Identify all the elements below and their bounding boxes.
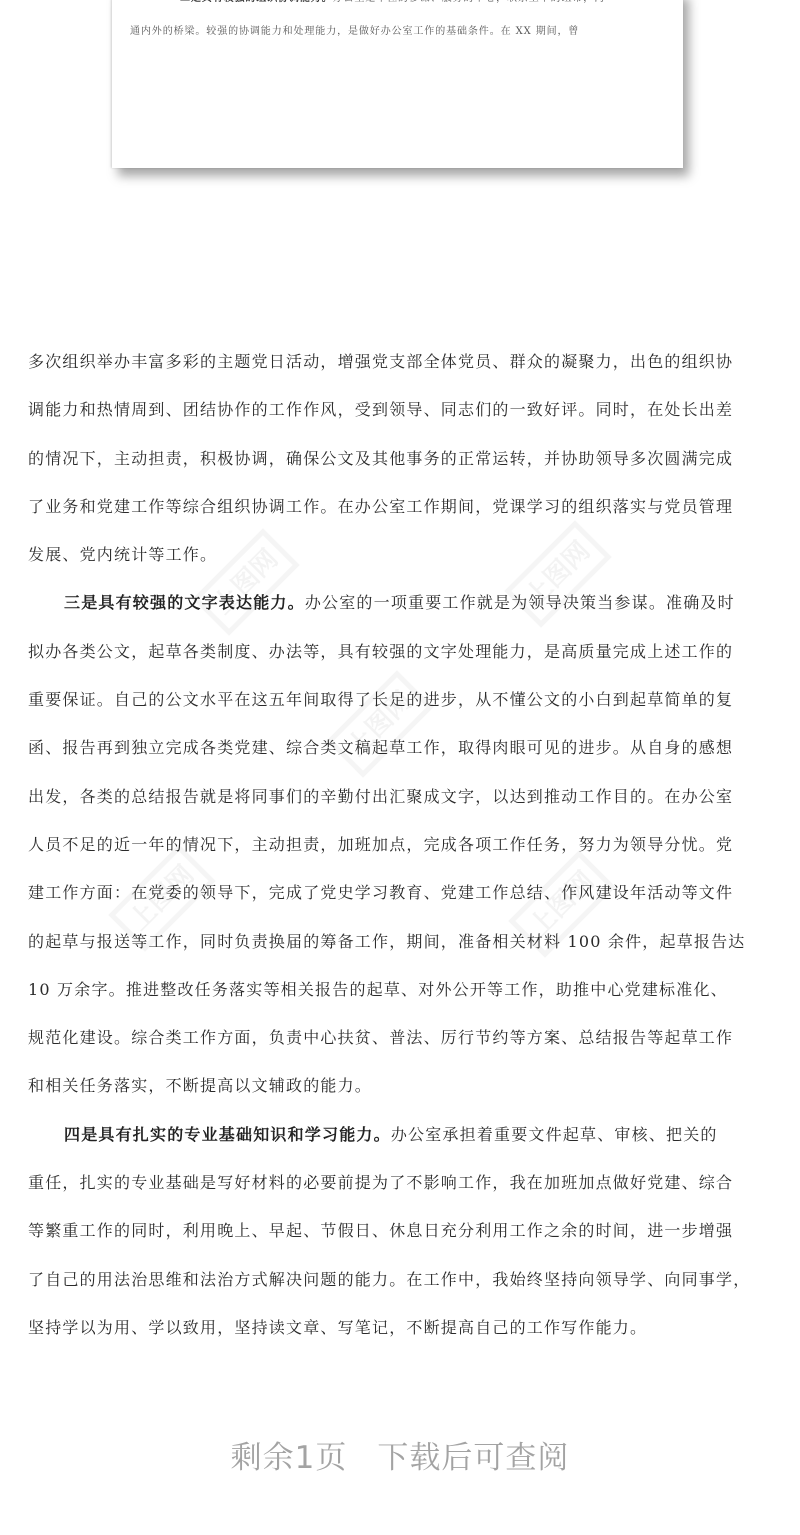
download-prompt[interactable]: 剩余1页下载后可查阅 <box>0 1432 800 1477</box>
preview-line-2: 通内外的桥梁。较强的协调能力和处理能力，是做好办公室工作的基础条件。在 XX 期… <box>130 25 665 39</box>
preview-line-1-rest: 办公室是单位的参谋、服务的中心，联系上下的纽带，沟 <box>333 0 606 4</box>
text-line: 了业务和党建工作等综合组织协调工作。在办公室工作期间，党课学习的组织落实与党员管… <box>28 483 774 531</box>
paragraph-2: 三是具有较强的文字表达能力。办公室的一项重要工作就是为领导决策当参谋。准确及时 … <box>28 579 774 1110</box>
text-line: 重任，扎实的专业基础是写好材料的必要前提为了不影响工作，我在加班加点做好党建、综… <box>28 1159 774 1207</box>
text-line: 的起草与报送等工作，同时负责换届的筹备工作，期间，准备相关材料 100 余件，起… <box>28 918 774 966</box>
text-line: 调能力和热情周到、团结协作的工作作风，受到领导、同志们的一致好评。同时，在处长出… <box>28 386 774 434</box>
text-line: 四是具有扎实的专业基础知识和学习能力。办公室承担着重要文件起草、审核、把关的 <box>28 1111 774 1159</box>
text-line: 重要保证。自己的公文水平在这五年间取得了长足的进步，从不懂公文的小白到起草简单的… <box>28 676 774 724</box>
text-line: 规范化建设。综合类工作方面，负责中心扶贫、普法、厉行节约等方案、总结报告等起草工… <box>28 1014 774 1062</box>
text-line: 的情况下，主动担责，积极协调，确保公文及其他事务的正常运转，并协助领导多次圆满完… <box>28 435 774 483</box>
download-hint-label: 下载后可查阅 <box>377 1440 569 1476</box>
text-line: 拟办各类公文，起草各类制度、办法等，具有较强的文字处理能力，是高质量完成上述工作… <box>28 628 774 676</box>
paragraph-3: 四是具有扎实的专业基础知识和学习能力。办公室承担着重要文件起草、审核、把关的 重… <box>28 1111 774 1352</box>
text-line: 10 万余字。推进整改任务落实等相关报告的起草、对外公开等工作，助推中心党建标准… <box>28 966 774 1014</box>
text-line: 建工作方面：在党委的领导下，完成了党史学习教育、党建工作总结、作风建设年活动等文… <box>28 869 774 917</box>
text-line: 发展、党内统计等工作。 <box>28 531 774 579</box>
text-line: 出发，各类的总结报告就是将同事们的辛勤付出汇聚成文字，以达到推动工作目的。在办公… <box>28 773 774 821</box>
text-line: 三是具有较强的文字表达能力。办公室的一项重要工作就是为领导决策当参谋。准确及时 <box>28 579 774 627</box>
paragraph-1: 多次组织举办丰富多彩的主题党日活动，增强党支部全体党员、群众的凝聚力，出色的组织… <box>28 338 774 579</box>
text-line: 了自己的用法治思维和法治方式解决问题的能力。在工作中，我始终坚持向领导学、向同事… <box>28 1256 774 1304</box>
preview-line-1: 二是具有较强的组织协调能力。办公室是单位的参谋、服务的中心，联系上下的纽带，沟 <box>130 0 665 6</box>
paragraph-3-heading: 四是具有扎实的专业基础知识和学习能力。 <box>64 1125 391 1144</box>
remaining-pages-label: 剩余1页 <box>231 1440 348 1476</box>
document-body: 多次组织举办丰富多彩的主题党日活动，增强党支部全体党员、群众的凝聚力，出色的组织… <box>28 338 774 1352</box>
paragraph-3-first-line: 办公室承担着重要文件起草、审核、把关的 <box>391 1125 718 1144</box>
text-line: 和相关任务落实，不断提高以文辅政的能力。 <box>28 1062 774 1110</box>
preview-page-card: 二是具有较强的组织协调能力。办公室是单位的参谋、服务的中心，联系上下的纽带，沟 … <box>112 0 683 168</box>
paragraph-2-first-line: 办公室的一项重要工作就是为领导决策当参谋。准确及时 <box>305 593 735 612</box>
text-line: 坚持学以为用、学以致用，坚持读文章、写笔记，不断提高自己的工作写作能力。 <box>28 1304 774 1352</box>
text-line: 函、报告再到独立完成各类党建、综合类文稿起草工作，取得肉眼可见的进步。从自身的感… <box>28 724 774 772</box>
text-line: 多次组织举办丰富多彩的主题党日活动，增强党支部全体党员、群众的凝聚力，出色的组织… <box>28 338 774 386</box>
paragraph-2-heading: 三是具有较强的文字表达能力。 <box>64 593 305 612</box>
preview-line-1-lead: 二是具有较强的组织协调能力。 <box>180 0 333 4</box>
text-line: 等繁重工作的同时，利用晚上、早起、节假日、休息日充分利用工作之余的时间，进一步增… <box>28 1207 774 1255</box>
text-line: 人员不足的近一年的情况下，主动担责，加班加点，完成各项工作任务，努力为领导分忧。… <box>28 821 774 869</box>
